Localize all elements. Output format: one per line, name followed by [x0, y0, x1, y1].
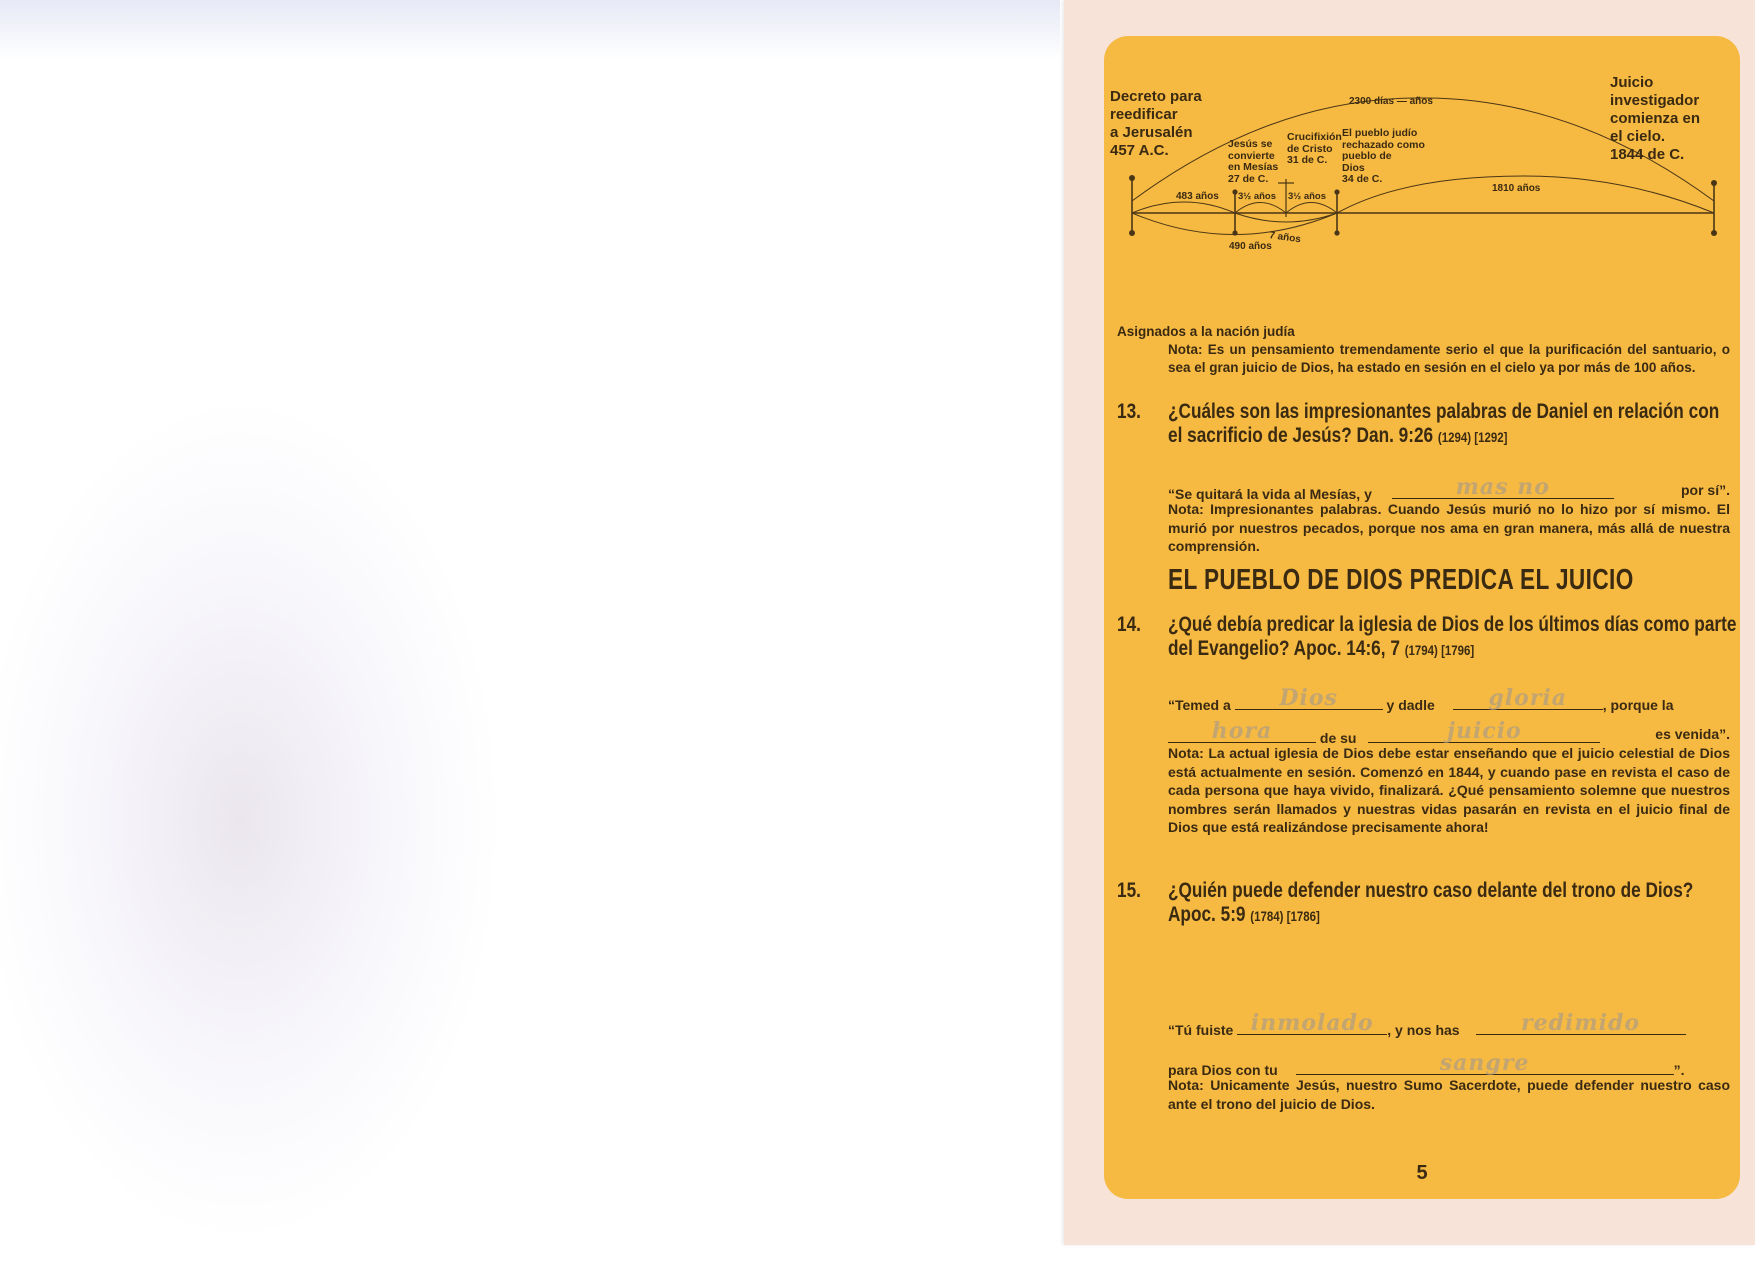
- answer-blank-14a[interactable]: Dios: [1235, 693, 1383, 710]
- handwritten-answer: mas no: [1392, 474, 1614, 500]
- judgment-line: investigador: [1610, 92, 1700, 110]
- rejection-line: El pueblo judío: [1342, 128, 1425, 140]
- label-half-1: 3½ años: [1238, 191, 1276, 202]
- question-15-line1: ¿Quién puede defender nuestro caso delan…: [1168, 879, 1693, 903]
- handwritten-answer: juicio: [1368, 718, 1600, 744]
- question-14-line2: del Evangelio? Apoc. 14:6, 7: [1168, 637, 1400, 660]
- page-number: 5: [1104, 1162, 1740, 1185]
- question-15-text: ¿Quién puede defender nuestro caso delan…: [1168, 879, 1693, 928]
- judgment-line: Juicio: [1610, 74, 1700, 92]
- scan-shadow: [0, 0, 1060, 60]
- question-15-line2: Apoc. 5:9: [1168, 903, 1246, 926]
- label-half-2: 3½ años: [1288, 191, 1326, 202]
- judgment-line: 1844 de C.: [1610, 146, 1700, 164]
- handwritten-answer: sangre: [1296, 1050, 1674, 1076]
- decree-line: Decreto para: [1110, 88, 1202, 106]
- answer-blank-14d[interactable]: juicio: [1368, 726, 1600, 743]
- question-14-note: Nota: La actual iglesia de Dios debe est…: [1168, 744, 1730, 837]
- fill-suffix: , porque la: [1603, 697, 1674, 713]
- answer-blank-14c[interactable]: hora: [1168, 726, 1316, 743]
- rejection-line: pueblo de: [1342, 151, 1425, 163]
- crucifixion-label: Crucifixión de Cristo 31 de C.: [1287, 132, 1342, 167]
- question-14-fill-line2: hora de su juicio es venida”.: [1168, 726, 1730, 746]
- rejection-label: El pueblo judío rechazado como pueblo de…: [1342, 128, 1425, 186]
- label-2300: 2300 días — años: [1349, 96, 1433, 107]
- question-13-number: 13.: [1117, 400, 1141, 424]
- fill-prefix: “Tú fuiste: [1168, 1022, 1233, 1038]
- question-13-line2: el sacrificio de Jesús? Dan. 9:26: [1168, 424, 1433, 447]
- question-13-note: Nota: Impresionantes palabras. Cuando Je…: [1168, 500, 1730, 556]
- question-15-fill-line1: “Tú fuiste inmolado, y nos has redimido: [1168, 1018, 1730, 1038]
- label-483: 483 años: [1176, 191, 1219, 202]
- label-490: 490 años: [1229, 241, 1272, 252]
- question-15-number: 15.: [1117, 879, 1141, 903]
- judgment-line: comienza en: [1610, 110, 1700, 128]
- question-15-ref: (1784) [1786]: [1250, 908, 1320, 924]
- handwritten-answer: hora: [1168, 718, 1316, 744]
- decree-line: a Jerusalén: [1110, 124, 1202, 142]
- question-15-note: Nota: Unicamente Jesús, nuestro Sumo Sac…: [1168, 1076, 1730, 1113]
- answer-blank-13[interactable]: mas no: [1392, 482, 1614, 499]
- messiah-label: Jesús se convierte en Mesías 27 de C.: [1228, 139, 1278, 185]
- question-13-line1: ¿Cuáles son las impresionantes palabras …: [1168, 400, 1719, 424]
- label-7: 7 años: [1269, 230, 1302, 245]
- handwritten-answer: gloria: [1453, 685, 1603, 711]
- handwritten-answer: redimido: [1476, 1010, 1686, 1036]
- decree-label: Decreto para reedificar a Jerusalén 457 …: [1110, 88, 1202, 160]
- messiah-line: Jesús se: [1228, 139, 1278, 151]
- handwritten-answer: inmolado: [1237, 1010, 1387, 1036]
- decree-line: 457 A.C.: [1110, 142, 1202, 160]
- question-14-text: ¿Qué debía predicar la iglesia de Dios d…: [1168, 613, 1736, 662]
- messiah-line: en Mesías: [1228, 162, 1278, 174]
- fill-suffix: por sí”.: [1681, 482, 1730, 498]
- fill-prefix: “Temed a: [1168, 697, 1231, 713]
- content-panel: 2300 días — años 483 años 3½ años 3½ año…: [1104, 36, 1740, 1199]
- handwritten-answer: Dios: [1235, 685, 1383, 711]
- answer-blank-15a[interactable]: inmolado: [1237, 1018, 1387, 1035]
- answer-blank-15c[interactable]: sangre: [1296, 1058, 1674, 1075]
- section-heading: EL PUEBLO DE DIOS PREDICA EL JUICIO: [1168, 564, 1634, 597]
- crucifixion-line: 31 de C.: [1287, 155, 1342, 167]
- question-14-line1: ¿Qué debía predicar la iglesia de Dios d…: [1168, 613, 1736, 637]
- question-13-fill: “Se quitará la vida al Mesías, y mas no …: [1168, 482, 1730, 502]
- messiah-line: 27 de C.: [1228, 174, 1278, 186]
- judgment-line: el cielo.: [1610, 128, 1700, 146]
- question-14-ref: (1794) [1796]: [1405, 642, 1475, 658]
- rejection-line: 34 de C.: [1342, 174, 1425, 186]
- crucifixion-line: Crucifixión: [1287, 132, 1342, 144]
- answer-blank-15b[interactable]: redimido: [1476, 1018, 1686, 1035]
- assigned-caption: Asignados a la nación judía: [1117, 323, 1295, 342]
- answer-blank-14b[interactable]: gloria: [1453, 693, 1603, 710]
- question-15-fill-line2: para Dios con tu sangre”.: [1168, 1058, 1730, 1078]
- fill-prefix: y dadle: [1387, 697, 1435, 713]
- label-1810: 1810 años: [1492, 183, 1541, 194]
- decree-line: reedificar: [1110, 106, 1202, 124]
- question-13-ref: (1294) [1292]: [1438, 429, 1508, 445]
- judgment-label: Juicio investigador comienza en el cielo…: [1610, 74, 1700, 164]
- booklet-page: 2300 días — años 483 años 3½ años 3½ año…: [1064, 0, 1755, 1245]
- question-13-text: ¿Cuáles son las impresionantes palabras …: [1168, 400, 1719, 449]
- intro-note: Nota: Es un pensamiento tremendamente se…: [1168, 341, 1730, 377]
- question-14-fill-line1: “Temed a Dios y dadle gloria, porque la: [1168, 693, 1730, 713]
- question-14-number: 14.: [1117, 613, 1141, 637]
- fill-prefix: y nos has: [1395, 1022, 1460, 1038]
- fill-suffix: es venida”.: [1655, 726, 1730, 742]
